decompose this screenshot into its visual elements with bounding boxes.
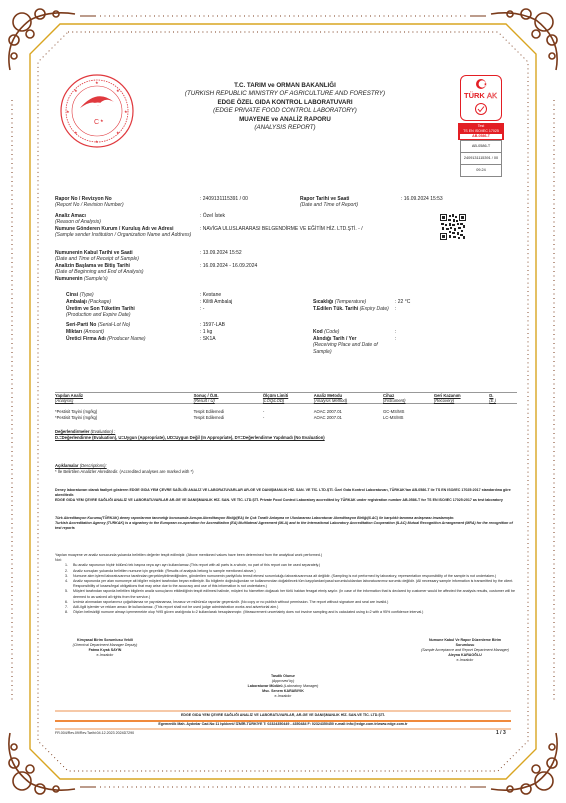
field-type: Cinsi (Type) [66,292,196,298]
results-col-header: Sonuç / Ö.B.(Result / U) [194,393,263,404]
table-cell: *Pestisit Tayini (mg/kg) [55,404,194,416]
table-cell [434,415,489,421]
results-col-header: Yapılan Analiz(Analysis) [55,393,194,404]
report-no-value: : 2409131115391 / 00 [200,196,248,202]
amount-value: : 1 kg [200,329,212,335]
note-item: Müşteri tarafından raporda belirtilen bi… [69,589,517,599]
table-cell [489,404,517,416]
receiving-place-value: : [395,336,396,342]
results-col-header: Ölçüm Limiti(LOQ/LOD) [263,393,314,404]
field-package: Ambalajı (Package) [66,299,196,305]
field-production: Üretim ve Son Tüketim Tarihi (Production… [66,306,196,319]
table-row: *Pestisit Tayini (mg/kg)Tespit Edilemedi… [55,404,517,416]
table-cell: AOAC 2007.01 [314,404,383,416]
accreditation-info-box: AB-0586-T 2409131115391 / 00 09.24 [460,140,502,177]
svg-text:★: ★ [124,109,128,114]
svg-text:★: ★ [95,80,99,85]
results-col-header: Geri Kazanım(Recovery) [434,393,489,404]
field-receipt: Numunenin Kabul Tarihi ve Saati (Date an… [55,250,205,263]
sender-value: : NAVİGA ULUSLARARASI BELGENDİRME VE EĞİ… [200,226,363,232]
evaluation-section: Değerlendirmeler (Evaluation) : D.=Değer… [55,429,517,440]
qr-code [440,214,466,240]
table-row: *Pestisit Tayini (mg/kg)Tespit Edilemedi… [55,415,517,421]
turkak-accreditation-badge: ★ TÜRK AK Test TS EN ISO/IEC 17025 AB-05… [456,75,506,177]
svg-text:C: C [94,119,99,126]
results-col-header: Cihaz(Instrument) [383,393,434,404]
purpose-value: : Özel İstek [200,213,225,219]
report-title: MUAYENE ve ANALİZ RAPORU [150,116,420,124]
table-cell: GC-MS/MS [383,404,434,416]
producer-value: : SK1A [200,336,216,342]
table-cell: - [263,415,314,421]
accredited-note: * İle Belirtilen Analizler Akreditedir. … [55,469,517,475]
lab-title: EDGE ÖZEL GIDA KONTROL LABORATUVARI [150,99,420,107]
table-cell: AOAC 2007.01 [314,415,383,421]
svg-text:★: ★ [484,82,488,87]
notes-list: Bu analiz raporunun hiçbir bölümü tek ba… [55,563,517,615]
table-cell: LC-MS/MS [383,415,434,421]
form-code: FR.004/Rev.09/Rev.Tarihi:04.12.2023 2024… [55,731,134,736]
turkak-logo: ★ TÜRK AK [460,75,502,121]
code-value: : [395,329,396,335]
ministry-title: T.C. TARIM ve ORMAN BAKANLIĞI [150,82,420,90]
expiry-value: : [395,306,396,312]
svg-text:TÜRK: TÜRK [464,91,485,100]
svg-text:★: ★ [74,130,78,135]
results-header-row: Yapılan Analiz(Analysis)Sonuç / Ö.B.(Res… [55,393,517,404]
production-value: : - [200,306,204,312]
note-item: Analiz raporunda yer alan numuneye ait b… [69,579,517,589]
ministry-seal-logo: C ★ ★★★ ★★★ ★★ [58,72,136,150]
svg-text:★: ★ [66,109,70,114]
field-lot: Seri-Parti No (Serial-Lot No) [66,322,196,328]
mutual-recognition-statement: Türk Akreditasyon Kurumu(TÜRKAK) deney r… [55,516,517,530]
report-date-value: : 16.09.2024 15:53 [401,196,443,202]
footer-divider [55,710,511,712]
package-value: : Kilitli Ambalaj [200,299,232,305]
svg-text:★: ★ [116,130,120,135]
page-number: 1 / 3 [496,730,506,736]
note-item: Ölçüm belirsizliği numune almayı içermem… [69,610,517,615]
footer-company: EDGE GIDA YEM ÇEVRE SAĞLIĞI ANALİZ VE LA… [55,713,511,717]
lab-title-en: (EDGE PRIVATE FOOD CONTROL LABORATORY) [150,107,420,115]
svg-text:★: ★ [100,118,104,123]
field-purpose: Analiz Amacı (Reason of Analysis) [55,213,205,226]
field-expiry: T.Edilen Tük. Tarihi (Expiry Date) [313,306,393,312]
turkak-crescent-icon: ★ TÜRK AK [461,76,501,120]
signature-right: Numune Kabul Ve Rapor Düzenleme Birim So… [420,638,510,663]
notes-section: Yapılan muayene ve analiz sonucunda yuka… [55,553,517,615]
results-col-header: Analiz Metodu(Analysis Method) [314,393,383,404]
type-value: : Kestane [200,292,221,298]
results-table: Yapılan Analiz(Analysis)Sonuç / Ö.B.(Res… [55,392,517,421]
field-amount: Miktarı (Amount) [66,329,196,335]
receipt-value: : 13.09.2024 15:52 [200,250,242,256]
field-analysis-dates: Analizin Başlama ve Bitiş Tarihi (Date o… [55,263,205,276]
svg-text:★: ★ [116,88,120,93]
table-cell: Tespit Edilemedi [194,404,263,416]
accreditation-statement: Deney laboratuvarı olarak faaliyet göste… [55,488,517,502]
footer-divider [55,728,511,730]
footer-address: Egemenlik Mah. Aydınlar Cad.No:11 Işıkke… [55,722,511,726]
table-cell: - [263,404,314,416]
turkak-test-label: Test TS EN ISO/IEC 17025 AB-0586-T [458,123,504,140]
field-sample: Numunenin (Sample's) [55,276,205,282]
field-producer: Üretici Firma Adı (Producer Name) [66,336,196,342]
field-sender: Numune Gönderen Kurum / Kuruluş Adı ve A… [55,226,198,239]
results-col-header: D.(E.) [489,393,517,404]
svg-text:AK: AK [487,91,497,100]
report-header: T.C. TARIM ve ORMAN BAKANLIĞI (TURKISH R… [150,82,420,132]
signature-left: Kimyasal Birim Sorumlusu Vekili (Chemica… [55,638,155,658]
report-title-en: (ANALYSIS REPORT) [150,124,420,132]
analysis-dates-value: : 16.09.2024 - 16.09.2024 [200,263,257,269]
field-code: Kod (Code) [313,329,393,335]
evaluation-legend: D.=Değerlendirme (Evaluation), U=Uygun (… [55,435,517,441]
ministry-title-en: (TURKISH REPUBLIC MINISTRY OF AGRICULTUR… [150,90,420,98]
table-cell: Tespit Edilemedi [194,415,263,421]
table-cell: *Pestisit Tayini (mg/kg) [55,415,194,421]
lot-value: : 1597-LAB [200,322,225,328]
table-cell [489,415,517,421]
descriptions-section: Açıklamalar (Descriptions): * İle Belirt… [55,463,517,474]
signature-center: Tasdik Olunur (Approved by) Laboratuvar … [213,674,353,699]
temperature-value: : 22 °C [395,299,410,305]
field-receiving-place: Alındığı Tarih / Yer (Receiving Place an… [313,336,393,355]
field-temperature: Sıcaklığı (Temperature) [313,299,393,305]
descriptions-title: Açıklamalar [55,463,79,468]
evaluation-title: Değerlendirmeler [55,429,89,434]
svg-text:★: ★ [95,139,99,144]
svg-text:★: ★ [74,88,78,93]
table-cell [434,404,489,416]
